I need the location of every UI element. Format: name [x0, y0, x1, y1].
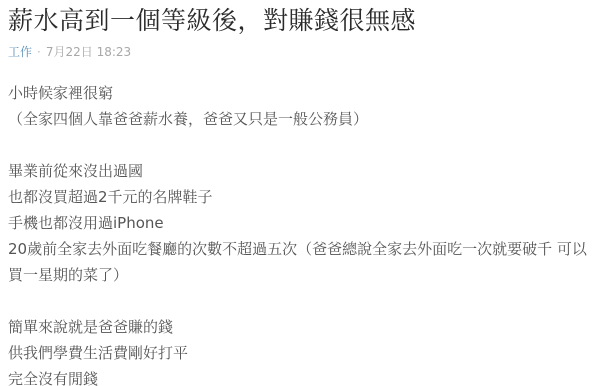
paragraph-break [8, 132, 593, 158]
post-date: 7月22日 18:23 [46, 45, 131, 59]
body-line: 畢業前從來沒出過國 [8, 158, 593, 184]
body-line: 20歲前全家去外面吃餐廳的次數不超過五次（爸爸總說全家去外面吃一次就要破千 可以… [8, 236, 593, 288]
post-title: 薪水高到一個等級後，對賺錢很無感 [8, 6, 416, 36]
category-link[interactable]: 工作 [8, 45, 32, 59]
body-line: 小時候家裡很窮 [8, 80, 593, 106]
body-line: 供我們學費生活費剛好打平 [8, 340, 593, 366]
body-line: 完全沒有閒錢 [8, 366, 593, 386]
body-line: 簡單來說就是爸爸賺的錢 [8, 314, 593, 340]
body-line: 手機也都沒用過iPhone [8, 210, 593, 236]
meta-separator: · [37, 45, 41, 59]
post-body: 小時候家裡很窮 （全家四個人靠爸爸薪水養，爸爸又只是一般公務員） 畢業前從來沒出… [8, 80, 593, 386]
body-line: （全家四個人靠爸爸薪水養，爸爸又只是一般公務員） [8, 106, 593, 132]
body-line: 也都沒買超過2千元的名牌鞋子 [8, 184, 593, 210]
paragraph-break [8, 288, 593, 314]
post-meta: 工作·7月22日 18:23 [8, 44, 131, 60]
